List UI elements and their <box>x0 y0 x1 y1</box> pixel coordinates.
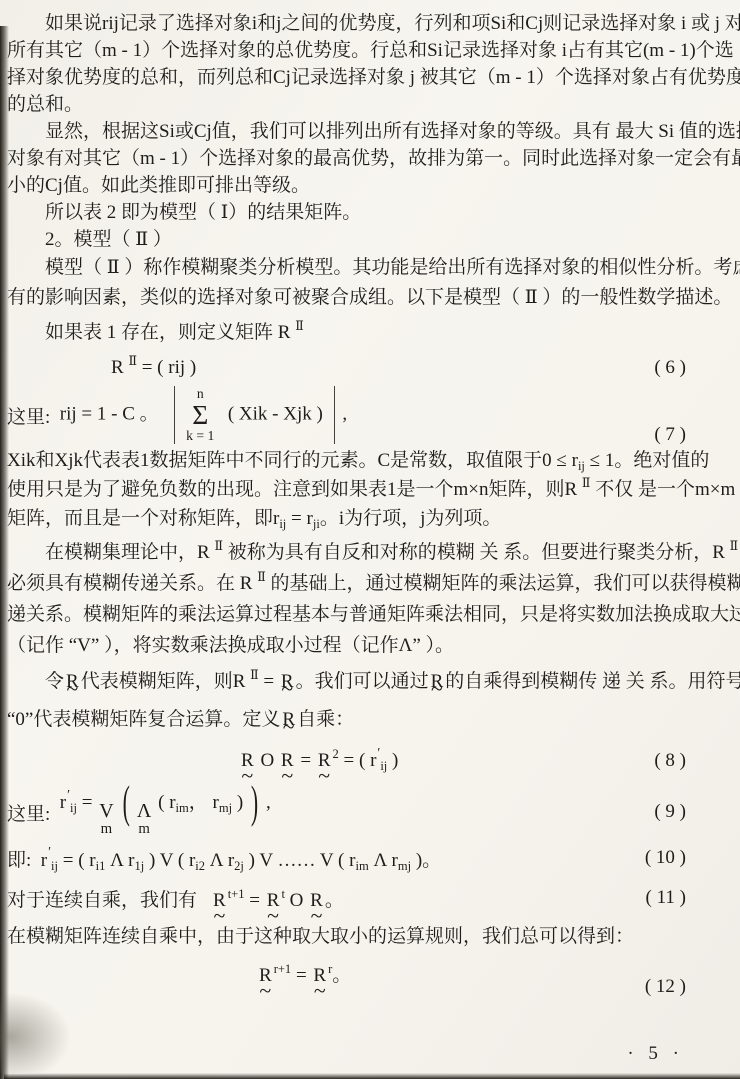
paragraph-continuous-multiplication: 在模糊矩阵连续自乘中，由于这种取大取小的运算规则，我们总可以得到： <box>7 923 734 950</box>
text-line: 所以表 2 即为模型（ Ⅰ）的结果矩阵。 <box>7 199 734 226</box>
formula-6: R Ⅱ = ( rij ) ( 6 ) <box>7 352 734 384</box>
paragraph-fuzzy-relation: 在模糊集理论中，R Ⅱ 被称为具有自反和对称的模糊 关 系。但要进行聚类分析，R… <box>7 537 734 661</box>
scanned-page: 如果说rij记录了选择对象i和j之间的优势度，行列和项Si和Cj则记录选择对象 … <box>0 0 740 1079</box>
text-line-math: 使用只是为了避免负数的出现。注意到如果表1是一个m×n矩阵，则R Ⅱ 不仅 是一… <box>7 475 734 504</box>
paragraph-fuzzy-matrix: 令R~代表模糊矩阵，则R Ⅱ = R~。我们可以通过R~的自乘得到模糊传 递 关… <box>7 663 734 739</box>
formula-8-expression: R~ O R~ = R~2 = ( r′ij ) <box>239 750 398 772</box>
equation-number-11: ( 11 ) <box>646 887 686 909</box>
scan-bottom-edge <box>4 1073 740 1079</box>
text-line: 显然，根据这Si或Cj值，我们可以排列出所有选择对象的等级。具有 最大 Si 值… <box>7 118 734 145</box>
paragraph-dominance: 如果说rij记录了选择对象i和j之间的优势度，行列和项Si和Cj则记录选择对象 … <box>7 10 734 118</box>
heading-model-2: 2。模型（ Ⅱ ） <box>7 226 734 253</box>
text-line-math: Xik和Xjk代表表1数据矩阵中不同行的元素。C是常数，取值限于0 ≤ rij … <box>7 446 734 475</box>
formula-10: 即: r′ij = ( ri1 Λ r1j ) V ( ri2 Λ r2j ) … <box>7 843 734 873</box>
paragraph-matrix-properties: Xik和Xjk代表表1数据矩阵中不同行的元素。C是常数，取值限于0 ≤ rij … <box>7 446 734 533</box>
formula-7: 这里: rij = 1 - C 。nΣk = 1 ( Xik - Xjk ), … <box>7 384 734 446</box>
formula-10-expression: r′ij = ( ri1 Λ r1j ) V ( ri2 Λ r2j ) V …… <box>41 845 441 872</box>
text-line: 所有其它（m - 1）个选择对象的总优势度。行总和Si记录选择对象 i占有其它(… <box>7 37 734 64</box>
paragraph-define-matrix: 如果表 1 存在，则定义矩阵 R Ⅱ <box>7 319 734 346</box>
page-content: 如果说rij记录了选择对象i和j之间的优势度，行列和项Si和Cj则记录选择对象 … <box>0 0 740 994</box>
page-number: · 5 · <box>627 1043 684 1065</box>
paragraph-model2-intro: 模型（ Ⅱ ）称作模糊聚类分析模型。其功能是给出所有选择对象的相似性分析。考虑所… <box>7 253 734 313</box>
formula-7-label: 这里: <box>7 402 60 429</box>
formula-6-expression: R Ⅱ = ( rij ) <box>111 357 196 379</box>
formula-9-expression: r′ij = Vm(Λm ( rim， rmj ) ) , <box>60 787 271 837</box>
equation-number-6: ( 6 ) <box>654 357 686 379</box>
equation-number-12: ( 12 ) <box>645 976 686 998</box>
text-line-math: 如果表 1 存在，则定义矩阵 R Ⅱ <box>7 319 734 346</box>
text-line-math: 递关系。模糊矩阵的乘法运算过程基本与普通矩阵乘法相同，只是将实数加法换成取大过程 <box>7 599 734 630</box>
equation-number-7: ( 7 ) <box>654 424 686 446</box>
formula-7-expression: rij = 1 - C 。nΣk = 1 ( Xik - Xjk ), <box>60 386 347 444</box>
text-line-math: “0”代表模糊矩阵复合运算。定义R~自乘： <box>7 701 734 739</box>
text-line-math: 必须具有模糊传递关系。在 R Ⅱ 的基础上，通过模糊矩阵的乘法运算，我们可以获得… <box>7 568 734 599</box>
formula-11-expression: R~t+1 = R~t O R~。 <box>211 885 344 912</box>
formula-9-label: 这里: <box>7 799 60 826</box>
text-line-math: 矩阵，而且是一个对称矩阵，即rij = rji。i为行项，j为列项。 <box>7 504 734 533</box>
text-line: 在模糊矩阵连续自乘中，由于这种取大取小的运算规则，我们总可以得到： <box>7 923 734 950</box>
paragraph-table2-result: 所以表 2 即为模型（ Ⅰ）的结果矩阵。 <box>7 199 734 226</box>
scan-smudge <box>0 993 70 1073</box>
text-line: 择对象优势度的总和，而列总和Cj记录选择对象 j 被其它（m - 1）个选择对象… <box>7 64 734 91</box>
text-line: 的总和。 <box>7 91 734 118</box>
formula-10-label: 即: <box>7 845 41 872</box>
text-line-math: （记作 “V” ），将实数乘法换成取小过程（记作Λ” ）。 <box>7 630 734 661</box>
text-line: 小的Cj值。如此类推即可排出等级。 <box>7 172 734 199</box>
text-line-math: 在模糊集理论中，R Ⅱ 被称为具有自反和对称的模糊 关 系。但要进行聚类分析，R… <box>7 537 734 568</box>
formula-9: 这里: r′ij = Vm(Λm ( rim， rmj ) ) , ( 9 ) <box>7 789 734 835</box>
text-line: 模型（ Ⅱ ）称作模糊聚类分析模型。其功能是给出所有选择对象的相似性分析。考虑所 <box>7 253 734 283</box>
formula-11: 对于连续自乘，我们有 R~t+1 = R~t O R~。 ( 11 ) <box>7 879 734 917</box>
formula-11-label: 对于连续自乘，我们有 <box>7 885 197 912</box>
text-line-math: 令R~代表模糊矩阵，则R Ⅱ = R~。我们可以通过R~的自乘得到模糊传 递 关… <box>7 663 734 701</box>
equation-number-9: ( 9 ) <box>654 801 686 823</box>
formula-12: R~r+1 = R~r。 ( 12 ) <box>7 952 734 994</box>
text-line: 有的影响因素，类似的选择对象可被聚合成组。以下是模型（ Ⅱ ）的一般性数学描述。 <box>7 283 734 313</box>
formula-12-expression: R~r+1 = R~r。 <box>257 960 351 987</box>
section-heading: 2。模型（ Ⅱ ） <box>7 226 734 253</box>
text-line: 对象有对其它（m - 1）个选择对象的最高优势，故排为第一。同时此选择对象一定会… <box>7 145 734 172</box>
formula-8: R~ O R~ = R~2 = ( r′ij ) ( 8 ) <box>7 745 734 777</box>
text-line: 如果说rij记录了选择对象i和j之间的优势度，行列和项Si和Cj则记录选择对象 … <box>7 10 734 37</box>
equation-number-8: ( 8 ) <box>654 750 686 772</box>
equation-number-10: ( 10 ) <box>645 847 686 869</box>
paragraph-ranking: 显然，根据这Si或Cj值，我们可以排列出所有选择对象的等级。具有 最大 Si 值… <box>7 118 734 199</box>
